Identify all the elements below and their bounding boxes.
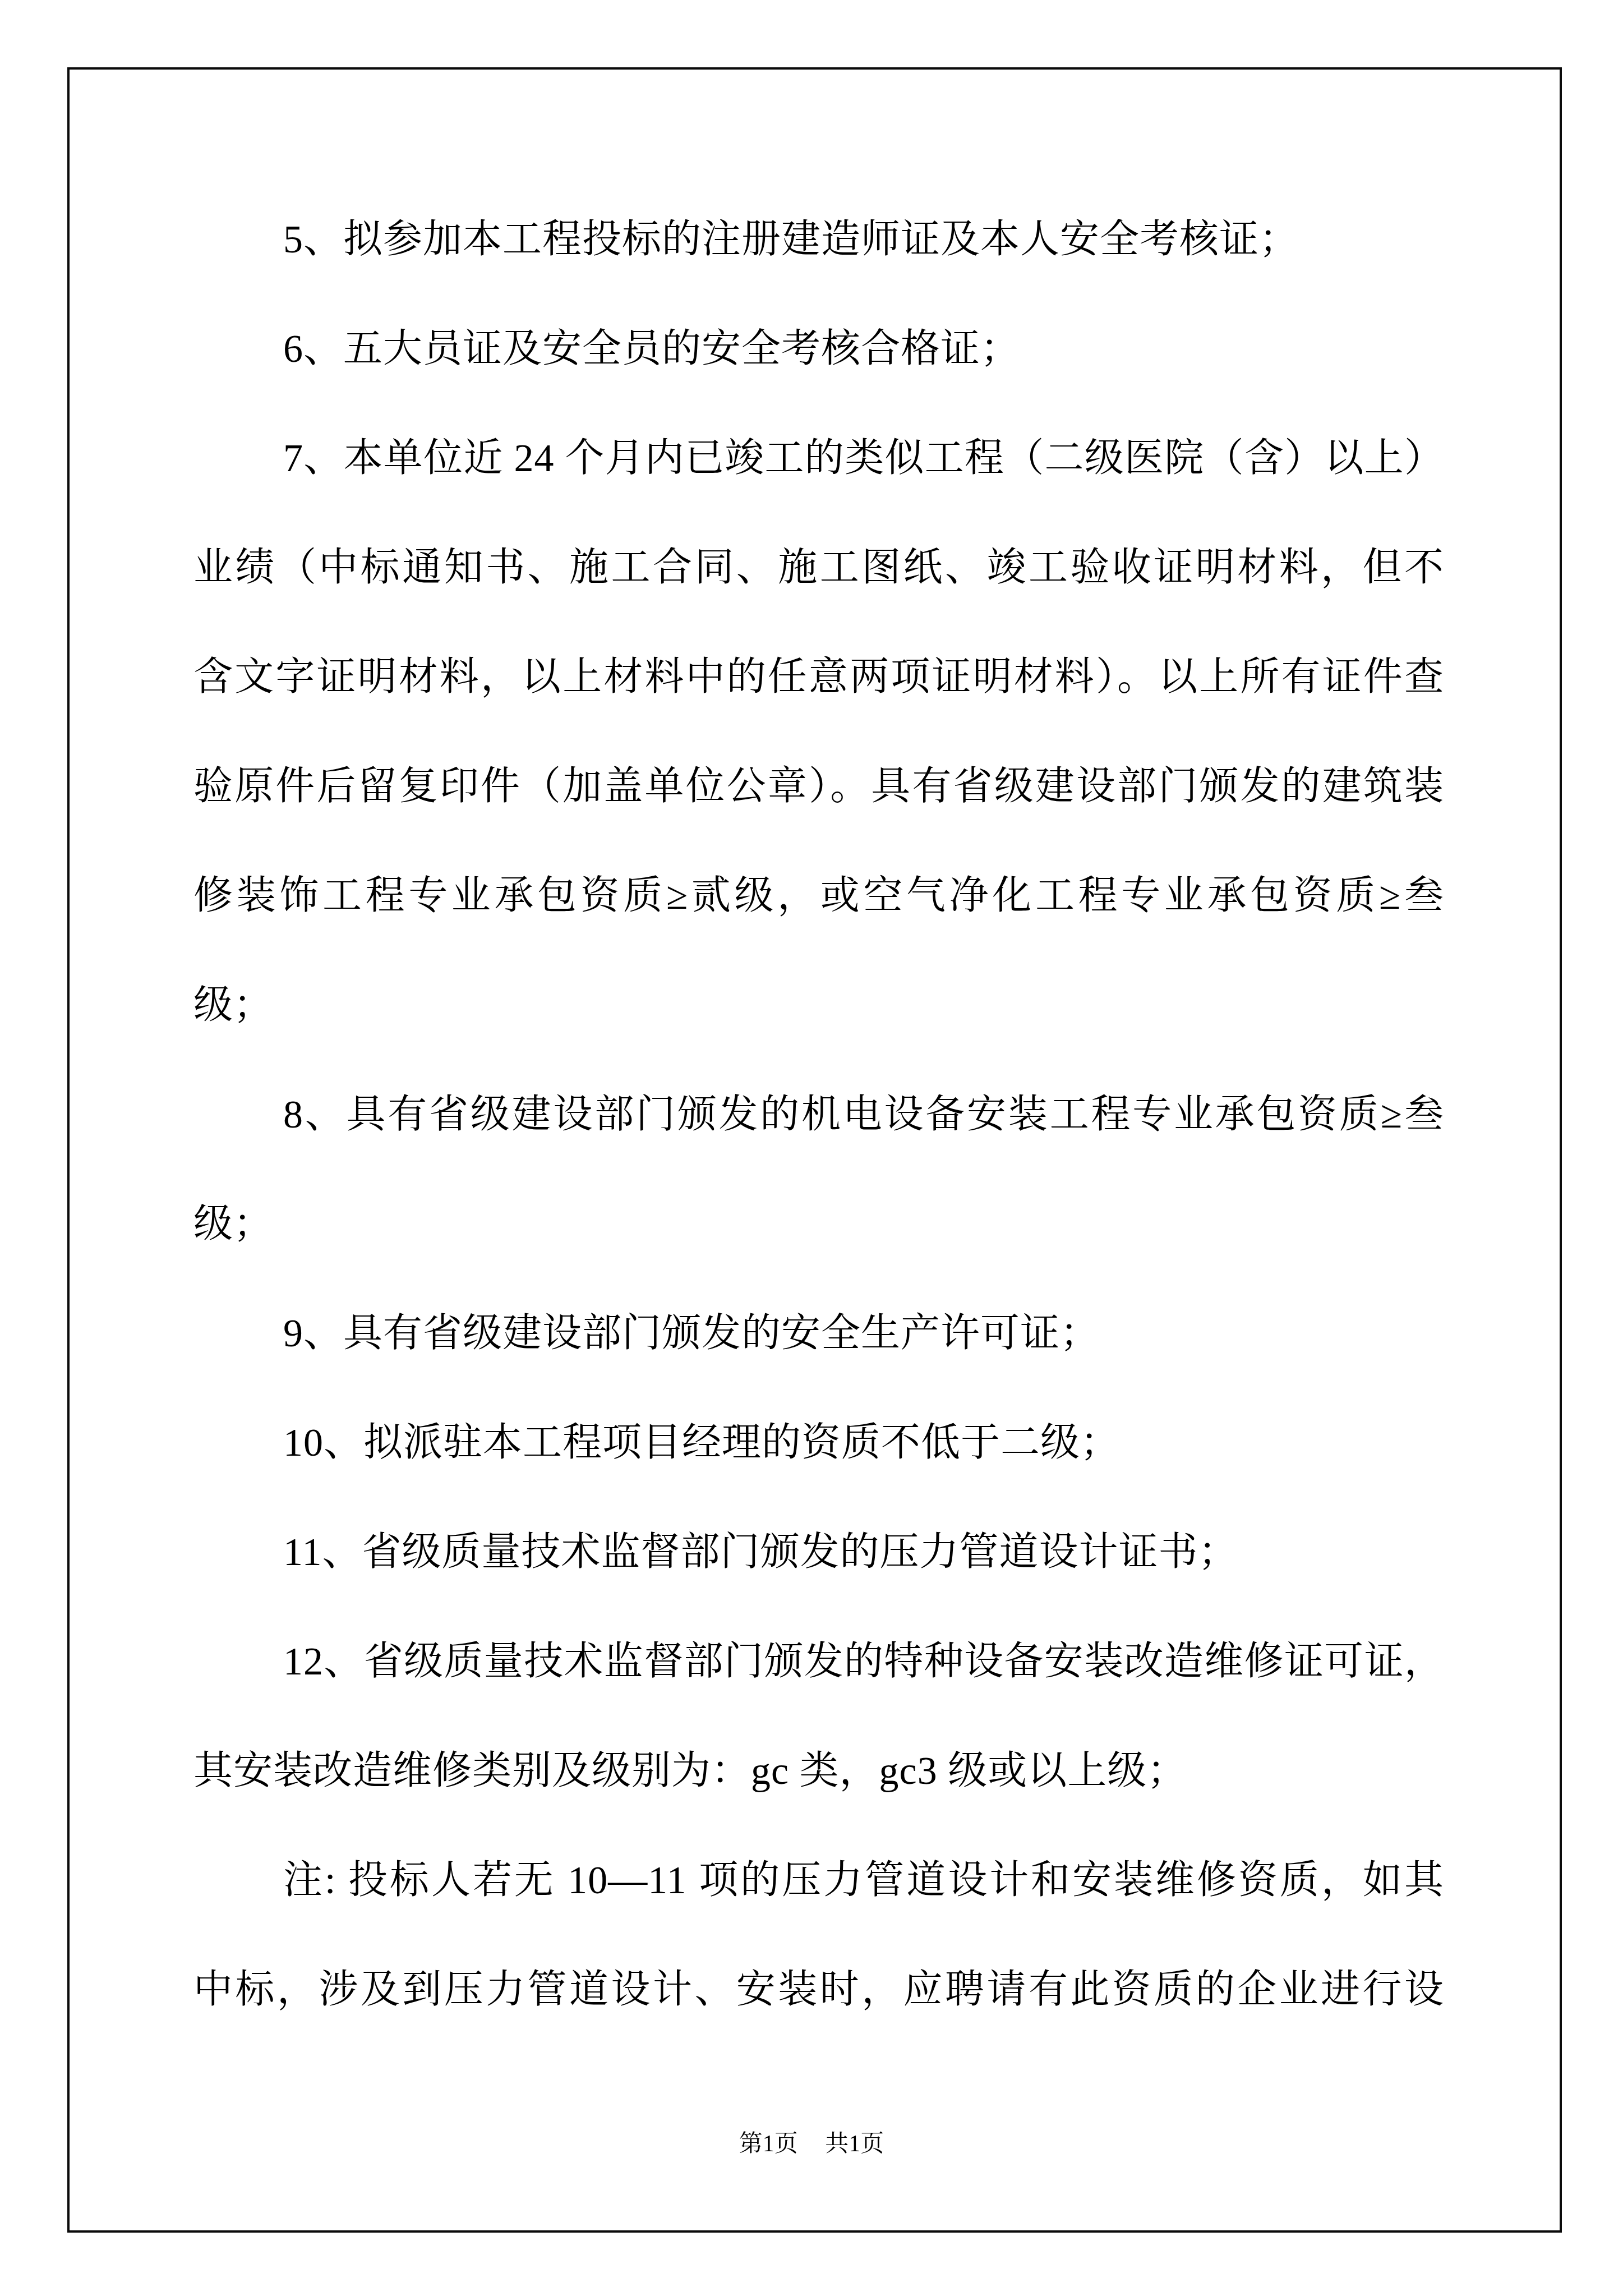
text-line: 其安装改造维修类别及级别为：gc 类，gc3 级或以上级； — [193, 1717, 1444, 1826]
text-line: 10、拟派驻本工程项目经理的资质不低于二级； — [193, 1388, 1444, 1498]
text-line: 修装饰工程专业承包资质≥贰级，或空气净化工程专业承包资质≥叁 — [193, 841, 1444, 951]
text-block: 5、拟参加本工程投标的注册建造师证及本人安全考核证；6、五大员证及安全员的安全考… — [193, 185, 1444, 2045]
footer-page-total: 共1页 — [825, 2122, 884, 2166]
text-line: 验原件后留复印件（加盖单位公章）。具有省级建设部门颁发的建筑装 — [193, 732, 1444, 841]
text-line: 12、省级质量技术监督部门颁发的特种设备安装改造维修证可证， — [193, 1607, 1444, 1717]
text-line: 级； — [193, 1170, 1444, 1279]
text-line: 8、具有省级建设部门颁发的机电设备安装工程专业承包资质≥叁 — [193, 1060, 1444, 1170]
text-line: 5、拟参加本工程投标的注册建造师证及本人安全考核证； — [193, 185, 1444, 295]
text-line: 含文字证明材料，以上材料中的任意两项证明材料）。以上所有证件查 — [193, 623, 1444, 732]
text-line: 注: 投标人若无 10—11 项的压力管道设计和安装维修资质，如其 — [193, 1826, 1444, 1935]
text-line: 6、五大员证及安全员的安全考核合格证； — [193, 295, 1444, 404]
footer-page-number: 第1页 — [739, 2122, 798, 2166]
text-line: 业绩（中标通知书、施工合同、施工图纸、竣工验收证明材料，但不 — [193, 513, 1444, 623]
page-footer: 第1页 共1页 — [0, 2122, 1623, 2166]
text-line: 11、省级质量技术监督部门颁发的压力管道设计证书； — [193, 1498, 1444, 1607]
text-line: 9、具有省级建设部门颁发的安全生产许可证； — [193, 1279, 1444, 1388]
text-line: 7、本单位近 24 个月内已竣工的类似工程（二级医院（含）以上） — [193, 404, 1444, 513]
text-line: 中标，涉及到压力管道设计、安装时，应聘请有此资质的企业进行设 — [193, 1935, 1444, 2045]
text-line: 级； — [193, 951, 1444, 1060]
